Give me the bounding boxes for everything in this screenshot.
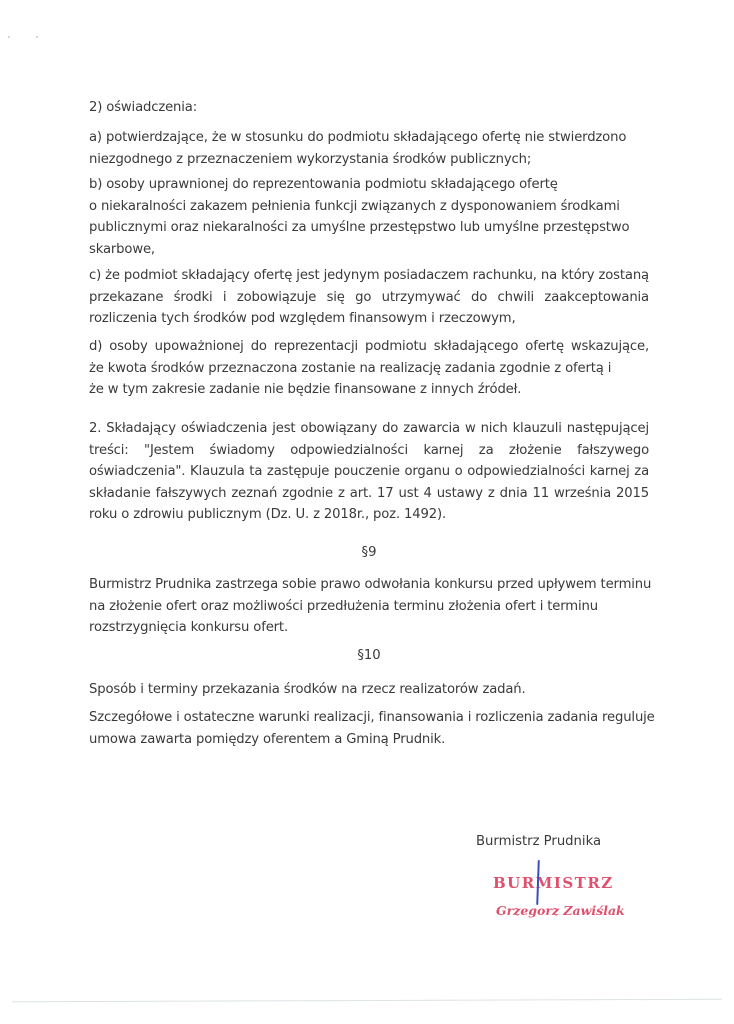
item-2-heading: 2) oświadczenia: xyxy=(89,97,649,119)
section-10-p1: Sposób i terminy przekazania środków na … xyxy=(89,679,649,701)
statement-a: a) potwierdzające, że w stosunku do podm… xyxy=(89,127,649,170)
statement-b: b) osoby uprawnionej do reprezentowania … xyxy=(89,174,649,260)
stamp-title: BURMISTRZ xyxy=(493,874,614,892)
signature-title: Burmistrz Prudnika xyxy=(476,834,601,849)
section-10-p2: Szczegółowe i ostateczne warunki realiza… xyxy=(89,707,649,750)
section-10-heading: §10 xyxy=(89,648,649,663)
statement-d: d) osoby upoważnionej do reprezentacji p… xyxy=(89,336,649,401)
section-9-text: Burmistrz Prudnika zastrzega sobie prawo… xyxy=(89,574,649,639)
scan-speck xyxy=(8,36,10,38)
stamp-name: Grzegorz Zawiślak xyxy=(496,903,625,918)
section-9-heading: §9 xyxy=(89,545,649,560)
point-2-paragraph: 2. Składający oświadczenia jest obowiąza… xyxy=(89,418,649,526)
statement-c: c) że podmiot składający ofertę jest jed… xyxy=(89,265,649,330)
scan-speck xyxy=(36,36,38,38)
scan-edge-line xyxy=(12,999,722,1002)
document-page: 2) oświadczenia: a) potwierdzające, że w… xyxy=(0,0,734,1024)
